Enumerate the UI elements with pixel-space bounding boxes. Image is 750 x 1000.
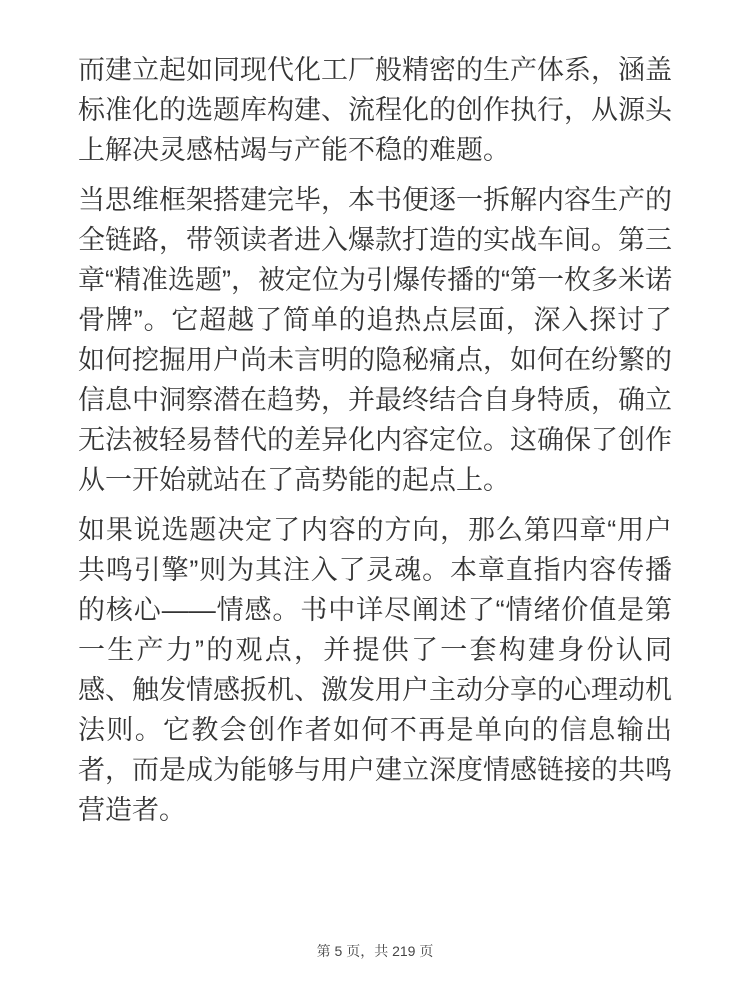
page-number-indicator: 第 5 页，共 219 页 (0, 941, 750, 961)
paragraph-3: 如果说选题决定了内容的方向，那么第四章“用户共鸣引擎”则为其注入了灵魂。本章直指… (78, 510, 672, 830)
page-body: 而建立起如同现代化工厂般精密的生产体系，涵盖标准化的选题库构建、流程化的创作执行… (78, 0, 672, 840)
paragraph-2: 当思维框架搭建完毕，本书便逐一拆解内容生产的全链路，带领读者进入爆款打造的实战车… (78, 180, 672, 500)
paragraph-1: 而建立起如同现代化工厂般精密的生产体系，涵盖标准化的选题库构建、流程化的创作执行… (78, 50, 672, 170)
